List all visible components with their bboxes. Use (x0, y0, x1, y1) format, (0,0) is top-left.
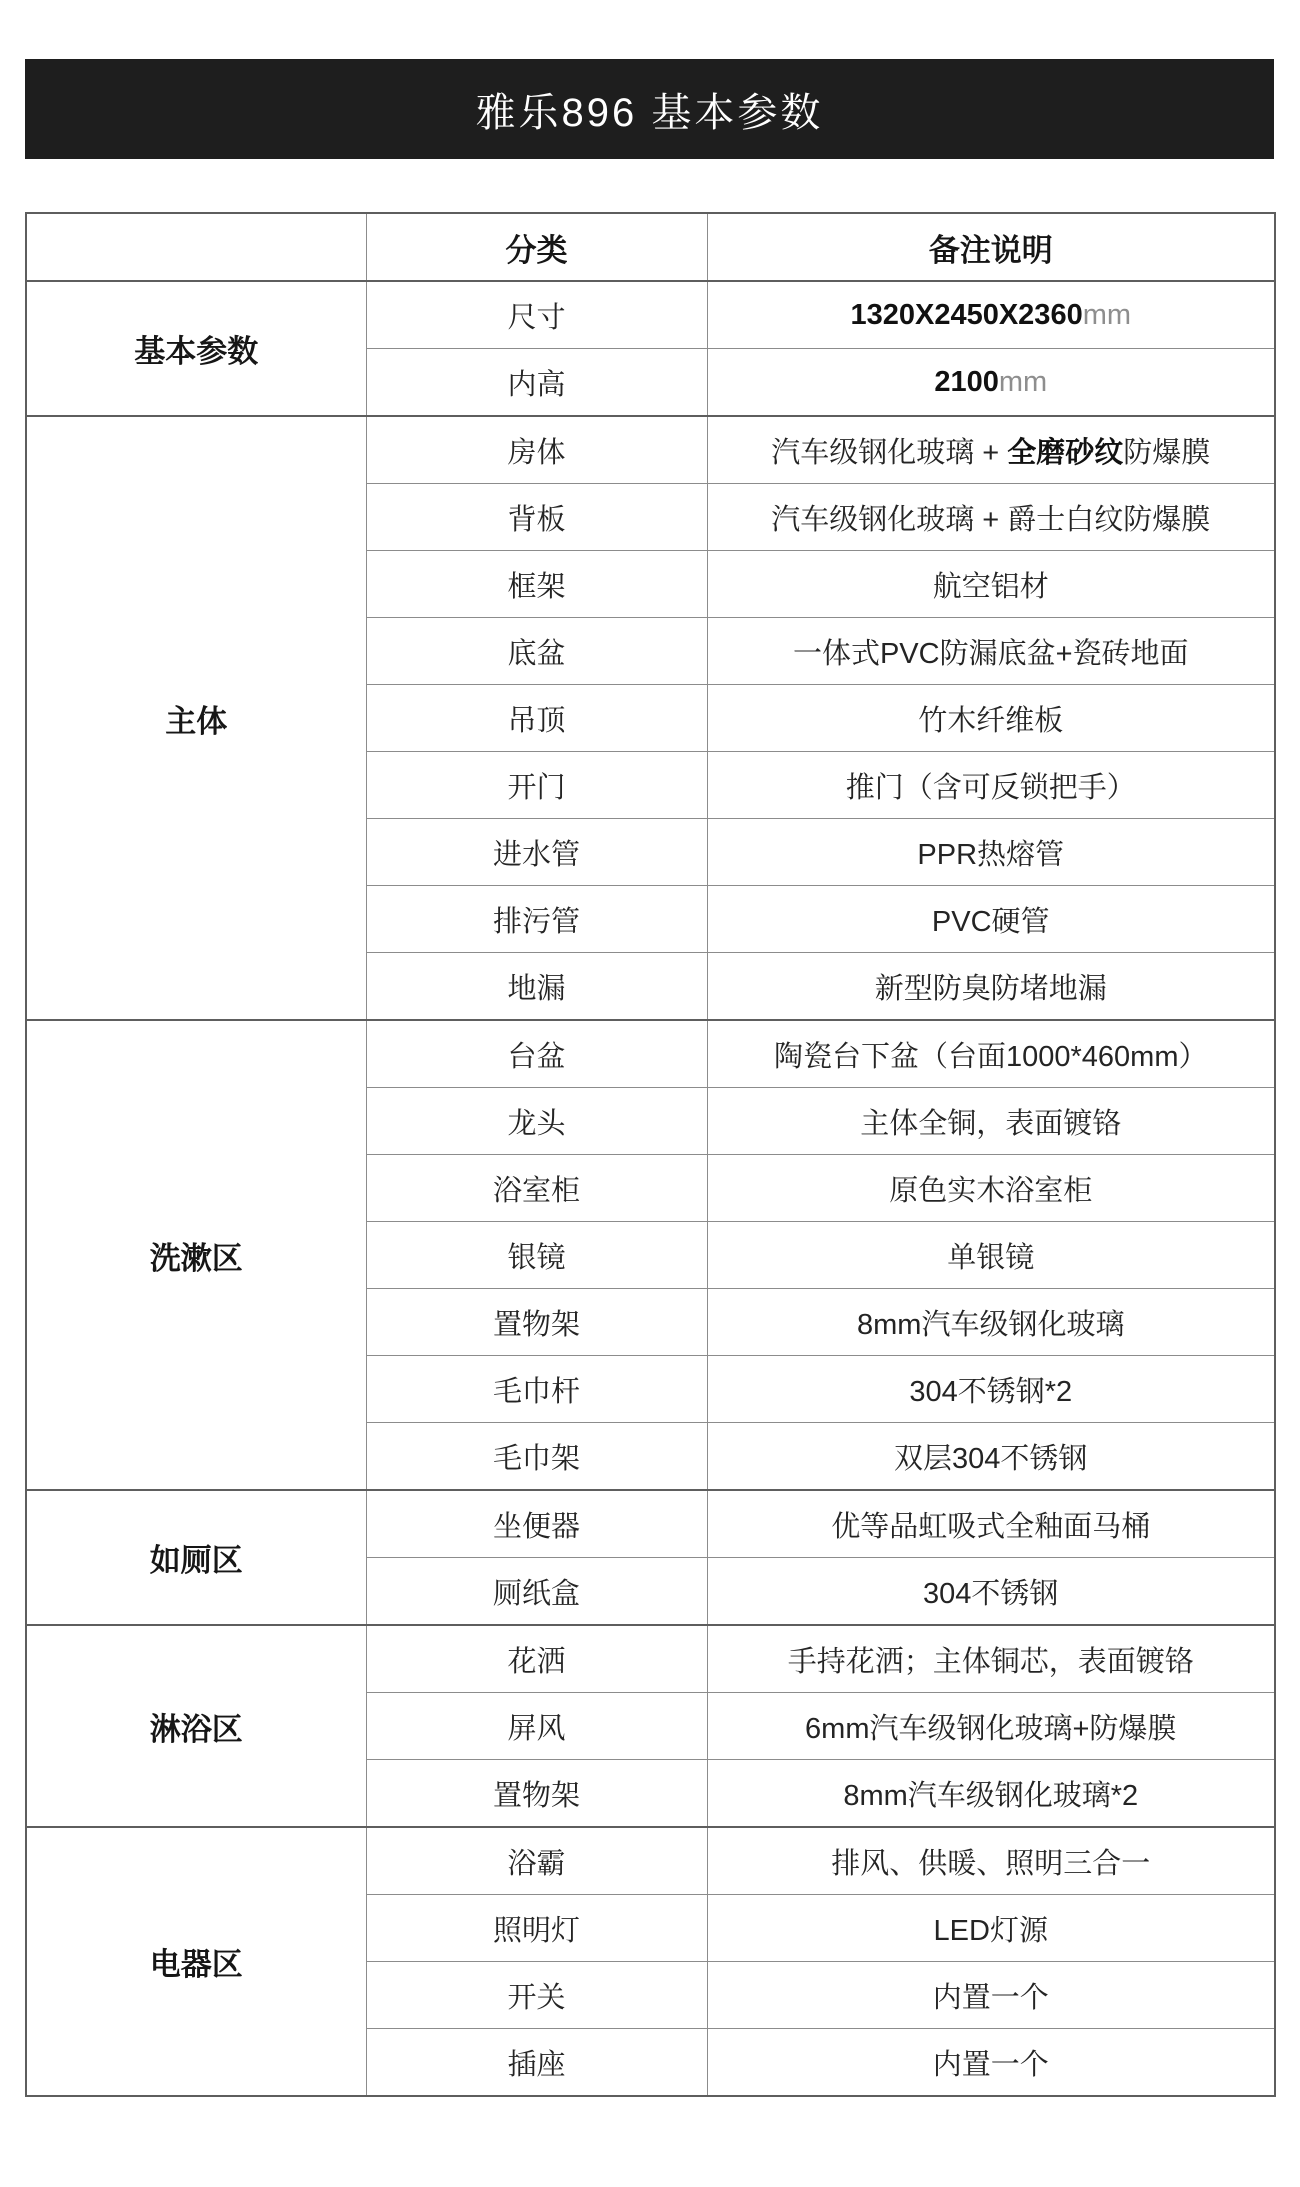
category-cell: 照明灯 (366, 1895, 707, 1962)
table-row: 淋浴区花洒手持花洒；主体铜芯，表面镀铬 (26, 1625, 1275, 1693)
value-segment: 内置一个 (933, 2049, 1049, 2081)
group-label-cell: 主体 (26, 416, 366, 1020)
spec-sheet-page: 雅乐896 基本参数 分类 备注说明 基本参数尺寸1320X2450X2360m… (0, 0, 1300, 2187)
value-segment: 一体式PVC防漏底盆+瓷砖地面 (793, 638, 1189, 670)
category-cell: 背板 (366, 484, 707, 551)
value-cell: 内置一个 (707, 2029, 1275, 2097)
value-cell: 陶瓷台下盆（台面1000*460mm） (707, 1020, 1275, 1088)
category-cell: 屏风 (366, 1693, 707, 1760)
value-cell: 1320X2450X2360mm (707, 281, 1275, 349)
value-segment: mm (1083, 299, 1131, 331)
value-cell: 新型防臭防堵地漏 (707, 953, 1275, 1021)
value-cell: 8mm汽车级钢化玻璃 (707, 1289, 1275, 1356)
value-cell: 6mm汽车级钢化玻璃+防爆膜 (707, 1693, 1275, 1760)
value-segment: 排风、供暖、照明三合一 (831, 1848, 1150, 1880)
value-cell: LED灯源 (707, 1895, 1275, 1962)
category-cell: 房体 (366, 416, 707, 484)
value-cell: 汽车级钢化玻璃 + 爵士白纹防爆膜 (707, 484, 1275, 551)
value-cell: 主体全铜，表面镀铬 (707, 1088, 1275, 1155)
category-cell: 浴室柜 (366, 1155, 707, 1222)
value-segment: 手持花洒；主体铜芯，表面镀铬 (788, 1646, 1194, 1678)
value-cell: PPR热熔管 (707, 819, 1275, 886)
category-cell: 框架 (366, 551, 707, 618)
value-segment: PPR热熔管 (917, 839, 1064, 871)
category-cell: 毛巾杆 (366, 1356, 707, 1423)
category-cell: 厕纸盒 (366, 1558, 707, 1626)
value-segment: LED灯源 (934, 1915, 1048, 1947)
value-cell: 推门（含可反锁把手） (707, 752, 1275, 819)
value-segment: 防爆膜 (1123, 437, 1210, 469)
value-segment: 双层304不锈钢 (894, 1443, 1087, 1475)
value-segment: 6mm汽车级钢化玻璃+防爆膜 (805, 1713, 1176, 1745)
value-segment: 航空铝材 (933, 571, 1049, 603)
value-segment: 陶瓷台下盆（台面1000*460mm） (774, 1041, 1208, 1073)
value-segment: PVC硬管 (932, 906, 1050, 938)
group-label-cell: 电器区 (26, 1827, 366, 2096)
value-cell: 304不锈钢*2 (707, 1356, 1275, 1423)
category-cell: 毛巾架 (366, 1423, 707, 1491)
value-cell: 排风、供暖、照明三合一 (707, 1827, 1275, 1895)
value-segment: mm (999, 366, 1047, 398)
group-label-cell: 基本参数 (26, 281, 366, 416)
category-cell: 花洒 (366, 1625, 707, 1693)
table-row: 电器区浴霸排风、供暖、照明三合一 (26, 1827, 1275, 1895)
value-cell: 一体式PVC防漏底盆+瓷砖地面 (707, 618, 1275, 685)
value-cell: 双层304不锈钢 (707, 1423, 1275, 1491)
table-row: 基本参数尺寸1320X2450X2360mm (26, 281, 1275, 349)
title-bar: 雅乐896 基本参数 (25, 59, 1274, 159)
category-cell: 尺寸 (366, 281, 707, 349)
table-row: 主体房体汽车级钢化玻璃 + 全磨砂纹防爆膜 (26, 416, 1275, 484)
value-cell: 航空铝材 (707, 551, 1275, 618)
table-row: 洗漱区台盆陶瓷台下盆（台面1000*460mm） (26, 1020, 1275, 1088)
value-segment: 新型防臭防堵地漏 (875, 973, 1107, 1005)
header-cell-category: 分类 (366, 213, 707, 281)
value-cell: 8mm汽车级钢化玻璃*2 (707, 1760, 1275, 1828)
header-row: 分类 备注说明 (26, 213, 1275, 281)
value-segment: 汽车级钢化玻璃 + 爵士白纹防爆膜 (771, 504, 1210, 536)
category-cell: 开门 (366, 752, 707, 819)
value-segment: 原色实木浴室柜 (889, 1175, 1092, 1207)
group-label-cell: 淋浴区 (26, 1625, 366, 1827)
spec-table: 分类 备注说明 基本参数尺寸1320X2450X2360mm内高2100mm主体… (25, 212, 1276, 2097)
page-title: 雅乐896 基本参数 (476, 81, 824, 138)
value-segment: 2100 (934, 366, 999, 398)
value-segment: 304不锈钢*2 (909, 1376, 1072, 1408)
value-segment: 8mm汽车级钢化玻璃 (857, 1309, 1124, 1341)
table-row: 如厕区坐便器优等品虹吸式全釉面马桶 (26, 1490, 1275, 1558)
category-cell: 龙头 (366, 1088, 707, 1155)
value-cell: 原色实木浴室柜 (707, 1155, 1275, 1222)
category-cell: 台盆 (366, 1020, 707, 1088)
category-cell: 吊顶 (366, 685, 707, 752)
category-cell: 插座 (366, 2029, 707, 2097)
category-cell: 地漏 (366, 953, 707, 1021)
value-cell: 优等品虹吸式全釉面马桶 (707, 1490, 1275, 1558)
category-cell: 进水管 (366, 819, 707, 886)
value-segment: 8mm汽车级钢化玻璃*2 (843, 1780, 1138, 1812)
group-label-cell: 洗漱区 (26, 1020, 366, 1490)
category-cell: 底盆 (366, 618, 707, 685)
value-segment: 竹木纤维板 (918, 705, 1063, 737)
category-cell: 坐便器 (366, 1490, 707, 1558)
header-cell-group (26, 213, 366, 281)
value-cell: 304不锈钢 (707, 1558, 1275, 1626)
category-cell: 置物架 (366, 1760, 707, 1828)
spec-table-header: 分类 备注说明 (26, 213, 1275, 281)
value-segment: 内置一个 (933, 1982, 1049, 2014)
value-segment: 1320X2450X2360 (850, 299, 1082, 331)
category-cell: 排污管 (366, 886, 707, 953)
value-cell: PVC硬管 (707, 886, 1275, 953)
category-cell: 开关 (366, 1962, 707, 2029)
header-cell-remark: 备注说明 (707, 213, 1275, 281)
value-segment: 汽车级钢化玻璃 + (771, 437, 1007, 469)
value-cell: 单银镜 (707, 1222, 1275, 1289)
value-segment: 304不锈钢 (923, 1578, 1058, 1610)
category-cell: 置物架 (366, 1289, 707, 1356)
group-label-cell: 如厕区 (26, 1490, 366, 1625)
value-cell: 竹木纤维板 (707, 685, 1275, 752)
category-cell: 内高 (366, 349, 707, 417)
spec-table-body: 基本参数尺寸1320X2450X2360mm内高2100mm主体房体汽车级钢化玻… (26, 281, 1275, 2096)
value-cell: 2100mm (707, 349, 1275, 417)
category-cell: 银镜 (366, 1222, 707, 1289)
value-segment: 单银镜 (947, 1242, 1034, 1274)
value-segment: 优等品虹吸式全釉面马桶 (831, 1511, 1150, 1543)
value-cell: 手持花洒；主体铜芯，表面镀铬 (707, 1625, 1275, 1693)
value-segment: 推门（含可反锁把手） (846, 772, 1136, 804)
value-segment: 主体全铜，表面镀铬 (860, 1108, 1121, 1140)
category-cell: 浴霸 (366, 1827, 707, 1895)
value-cell: 汽车级钢化玻璃 + 全磨砂纹防爆膜 (707, 416, 1275, 484)
value-cell: 内置一个 (707, 1962, 1275, 2029)
value-segment: 全磨砂纹 (1007, 437, 1123, 469)
